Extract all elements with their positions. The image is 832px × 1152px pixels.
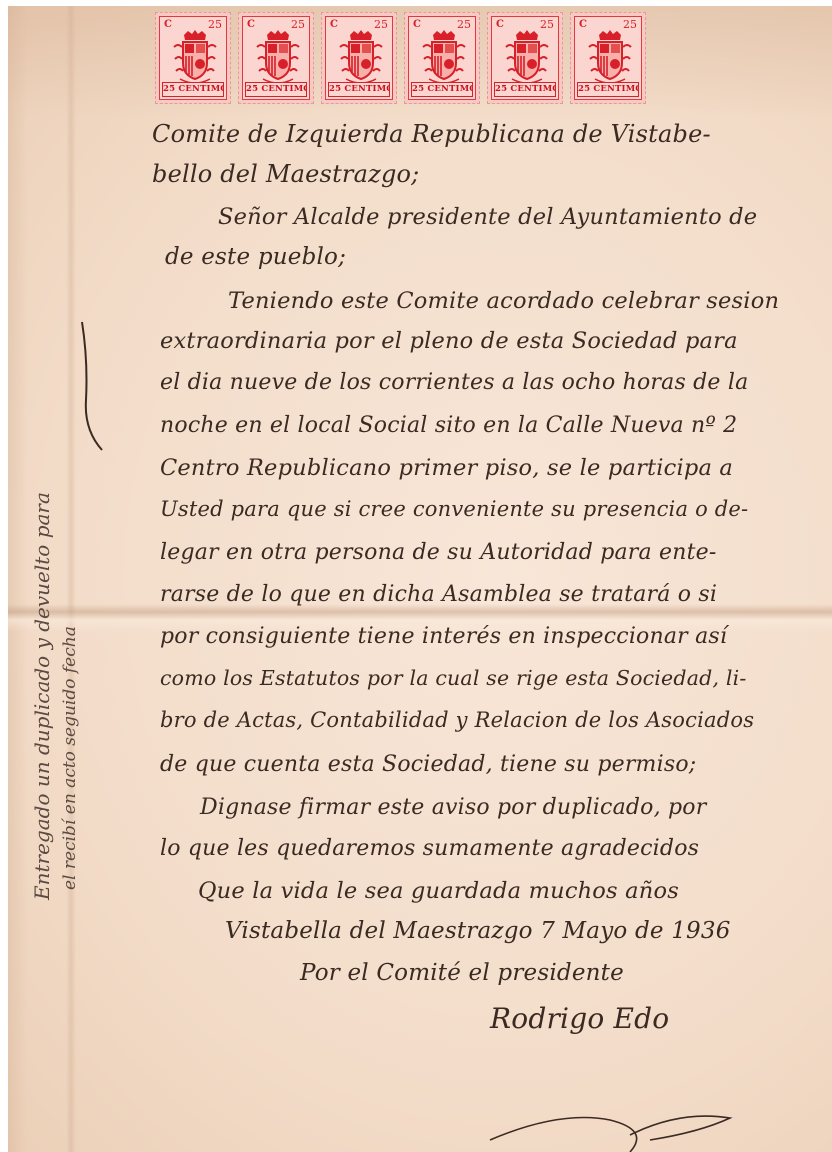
margin-note-line-1: Entregado un duplicado y devuelto para	[30, 492, 54, 900]
stamp-value-label: 25 CENTIMOS	[411, 82, 473, 97]
closing-line: Que la vida le sea guardada muchos años	[198, 878, 679, 904]
revenue-stamp: C 25 25 CENTIMOS	[570, 12, 646, 104]
revenue-stamp: C 25 25 CENTIMOS	[238, 12, 314, 104]
margin-bracket-icon	[70, 320, 110, 460]
body-line: Centro Republicano primer piso, se le pa…	[160, 455, 733, 481]
body-line: bro de Actas, Contabilidad y Relacion de…	[160, 708, 754, 732]
date-place-line: Vistabella del Maestrazgo 7 Mayo de 1936	[225, 918, 731, 944]
coat-of-arms-icon	[587, 29, 633, 87]
body-line: Teniendo este Comite acordado celebrar s…	[228, 288, 779, 314]
body-line: por consiguiente tiene interés en inspec…	[160, 624, 727, 649]
revenue-stamp: C 25 25 CENTIMOS	[404, 12, 480, 104]
body-line: Dignase firmar este aviso por duplicado,…	[200, 795, 706, 820]
body-line: noche en el local Social sito en la Call…	[160, 413, 737, 438]
body-line: el dia nueve de los corrientes a las och…	[160, 370, 748, 395]
signature-flourish-icon	[480, 1090, 740, 1152]
body-line: lo que les quedaremos sumamente agradeci…	[160, 836, 699, 861]
body-line: legar en otra persona de su Autoridad pa…	[160, 540, 717, 565]
revenue-stamp: C 25 25 CENTIMOS	[321, 12, 397, 104]
signature-title-line: Por el Comité el presidente	[300, 960, 624, 986]
stamp-frame: C 25 25 CENTIMOS	[325, 16, 393, 100]
revenue-stamps-strip: C 25 25 CENTIMOS C 25	[155, 12, 646, 104]
body-line: como los Estatutos por la cual se rige e…	[160, 666, 747, 690]
stamp-frame: C 25 25 CENTIMOS	[491, 16, 559, 100]
stamp-value-label: 25 CENTIMOS	[577, 82, 639, 97]
stamp-value-label: 25 CENTIMOS	[162, 82, 224, 97]
letter-heading-line-1: Comite de Izquierda Republicana de Vista…	[152, 120, 711, 148]
stamp-corner-left: C	[579, 19, 587, 30]
body-line: de que cuenta esta Sociedad, tiene su pe…	[160, 752, 696, 777]
salutation-line-1: Señor Alcalde presidente del Ayuntamient…	[218, 204, 757, 230]
coat-of-arms-icon	[504, 29, 550, 87]
salutation-line-2: de este pueblo;	[165, 244, 346, 270]
stamp-corner-left: C	[247, 19, 255, 30]
stamp-frame: C 25 25 CENTIMOS	[408, 16, 476, 100]
stamp-corner-left: C	[164, 19, 172, 30]
signature-name: Rodrigo Edo	[490, 1002, 669, 1035]
body-line: extraordinaria por el pleno de esta Soci…	[160, 328, 738, 354]
revenue-stamp: C 25 25 CENTIMOS	[487, 12, 563, 104]
coat-of-arms-icon	[255, 29, 301, 87]
stamp-value-label: 25 CENTIMOS	[328, 82, 390, 97]
stamp-corner-left: C	[413, 19, 421, 30]
coat-of-arms-icon	[421, 29, 467, 87]
letter-heading-line-2: bello del Maestrazgo;	[152, 160, 419, 188]
stamp-value-label: 25 CENTIMOS	[245, 82, 307, 97]
stamp-frame: C 25 25 CENTIMOS	[159, 16, 227, 100]
revenue-stamp: C 25 25 CENTIMOS	[155, 12, 231, 104]
stamp-corner-left: C	[330, 19, 338, 30]
stamp-frame: C 25 25 CENTIMOS	[574, 16, 642, 100]
body-line: rarse de lo que en dicha Asamblea se tra…	[160, 582, 717, 607]
stamp-corner-left: C	[496, 19, 504, 30]
stamp-frame: C 25 25 CENTIMOS	[242, 16, 310, 100]
stamp-value-label: 25 CENTIMOS	[494, 82, 556, 97]
body-line: Usted para que si cree conveniente su pr…	[160, 497, 748, 521]
margin-note-line-2: el recibí en acto seguido fecha	[60, 626, 80, 890]
coat-of-arms-icon	[338, 29, 384, 87]
coat-of-arms-icon	[172, 29, 218, 87]
